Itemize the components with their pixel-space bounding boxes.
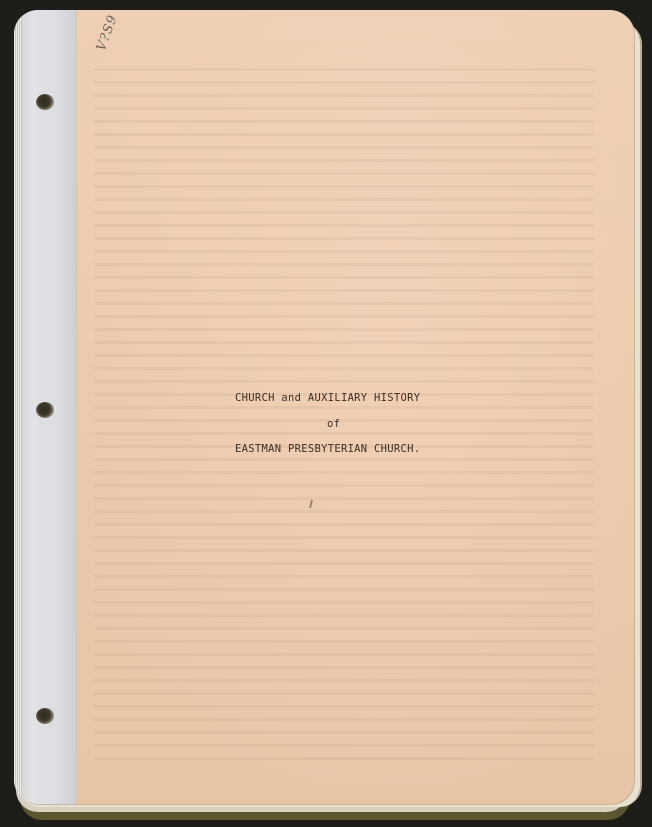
scan-scene: V?S9 CHURCH and AUXILIARY HISTORY of EAS… bbox=[0, 0, 652, 827]
stray-pencil-mark bbox=[309, 500, 313, 508]
document-page: V?S9 CHURCH and AUXILIARY HISTORY of EAS… bbox=[14, 10, 634, 804]
page-layers-edge bbox=[14, 10, 22, 804]
title-line-1: CHURCH and AUXILIARY HISTORY bbox=[235, 392, 420, 404]
punch-hole-icon bbox=[36, 708, 54, 724]
title-line-2: of bbox=[327, 418, 340, 430]
title-line-3: EASTMAN PRESBYTERIAN CHURCH. bbox=[235, 443, 420, 455]
punch-hole-icon bbox=[36, 94, 54, 110]
reverse-side-bleed-through bbox=[94, 60, 594, 760]
punch-hole-icon bbox=[36, 402, 54, 418]
handwritten-pencil-note: V?S9 bbox=[94, 13, 121, 53]
binding-tape-strip bbox=[14, 10, 77, 804]
